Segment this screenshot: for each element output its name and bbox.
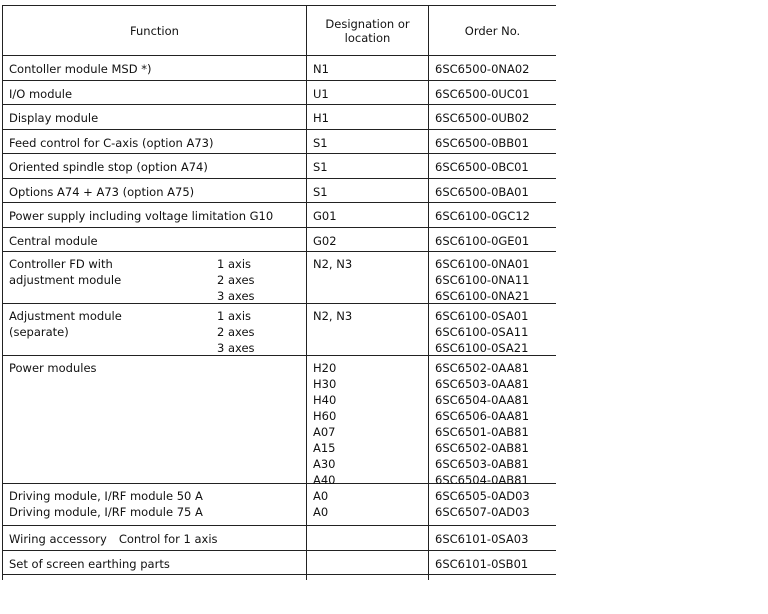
order-no-cell: 6SC6502-0AA81 6SC6503-0AA81 6SC6504-0AA8… xyxy=(428,356,556,483)
function-cell: Wiring accessoryControl for 1 axis xyxy=(2,526,306,550)
designation-cell: G01 xyxy=(306,203,428,227)
header-designation: Designation or location xyxy=(306,6,428,55)
order-no: 6SC6507-0AD03 xyxy=(435,504,550,520)
designation-cell xyxy=(306,526,428,550)
designation-cell: N2, N3 xyxy=(306,252,428,303)
order-no-cell: 6SC6500-0BA01 xyxy=(428,179,556,203)
table-row: Display module H1 6SC6500-0UB02 xyxy=(2,105,556,130)
variant: 2 axes xyxy=(217,324,255,340)
table-row: Contoller module MSD *) N1 6SC6500-0NA02 xyxy=(2,56,556,81)
designation: A0 xyxy=(313,488,422,504)
axis-variants: 1 axis 2 axes 3 axes xyxy=(217,256,255,304)
function-line: adjustment module xyxy=(9,272,300,288)
function-cell: Options A74 + A73 (option A75) xyxy=(2,179,306,203)
variant: 3 axes xyxy=(217,288,255,304)
function-line: Adjustment module xyxy=(9,308,300,324)
designation: A15 xyxy=(313,440,422,456)
table-row: Options A74 + A73 (option A75) S1 6SC650… xyxy=(2,179,556,204)
function-cell: I/O module xyxy=(2,81,306,105)
continuation-cell xyxy=(428,575,556,580)
table-row-driving-modules: Driving module, I/RF module 50 A Driving… xyxy=(2,484,556,526)
designation-cell: H1 xyxy=(306,105,428,129)
function-cell: Oriented spindle stop (option A74) xyxy=(2,154,306,178)
order-no: 6SC6100-0SA01 xyxy=(435,308,550,324)
table-row-controller-fd: Controller FD with adjustment module 1 a… xyxy=(2,252,556,304)
designation-cell: S1 xyxy=(306,179,428,203)
order-no-cell: 6SC6500-0UC01 xyxy=(428,81,556,105)
function-line: Controller FD with xyxy=(9,256,300,272)
designation-cell: S1 xyxy=(306,130,428,154)
order-no-cell: 6SC6100-0SA01 6SC6100-0SA11 6SC6100-0SA2… xyxy=(428,304,556,355)
order-no-cell: 6SC6100-0NA01 6SC6100-0NA11 6SC6100-0NA2… xyxy=(428,252,556,303)
table-row-adjustment-module: Adjustment module (separate) 1 axis 2 ax… xyxy=(2,304,556,356)
designation: A0 xyxy=(313,504,422,520)
function-cell: Adjustment module (separate) 1 axis 2 ax… xyxy=(2,304,306,355)
header-function: Function xyxy=(2,6,306,55)
function-detail: Control for 1 axis xyxy=(119,532,218,546)
designation-cell: G02 xyxy=(306,228,428,252)
order-no-cell: 6SC6505-0AD03 6SC6507-0AD03 xyxy=(428,484,556,525)
table-row: Oriented spindle stop (option A74) S1 6S… xyxy=(2,154,556,179)
order-no: 6SC6503-0AB81 xyxy=(435,456,550,472)
designation-cell: U1 xyxy=(306,81,428,105)
continuation-cell xyxy=(2,575,306,580)
continuation-cell xyxy=(306,575,428,580)
order-no: 6SC6505-0AD03 xyxy=(435,488,550,504)
table-header: Function Designation or location Order N… xyxy=(2,5,556,56)
order-no: 6SC6502-0AA81 xyxy=(435,360,550,376)
function-cell: Contoller module MSD *) xyxy=(2,56,306,80)
designation-cell: S1 xyxy=(306,154,428,178)
function-cell: Driving module, I/RF module 50 A Driving… xyxy=(2,484,306,525)
designation-cell: N2, N3 xyxy=(306,304,428,355)
function-cell: Feed control for C-axis (option A73) xyxy=(2,130,306,154)
order-no-cell: 6SC6100-0GE01 xyxy=(428,228,556,252)
designation: H30 xyxy=(313,376,422,392)
order-no: 6SC6502-0AB81 xyxy=(435,440,550,456)
designation: A30 xyxy=(313,456,422,472)
table-row: Feed control for C-axis (option A73) S1 … xyxy=(2,130,556,155)
table-row-power-modules: Power modules H20 H30 H40 H60 A07 A15 A3… xyxy=(2,356,556,484)
order-no: 6SC6100-0NA11 xyxy=(435,272,550,288)
order-no: 6SC6100-0SA11 xyxy=(435,324,550,340)
order-no: 6SC6100-0NA21 xyxy=(435,288,550,304)
order-no-cell: 6SC6101-0SB01 xyxy=(428,551,556,575)
designation: H60 xyxy=(313,408,422,424)
variant: 1 axis xyxy=(217,308,255,324)
function-text: Wiring accessory xyxy=(9,532,107,546)
function-line: Driving module, I/RF module 75 A xyxy=(9,504,300,520)
function-line: (separate) xyxy=(9,324,300,340)
table-row: Power supply including voltage limitatio… xyxy=(2,203,556,228)
designation: H40 xyxy=(313,392,422,408)
table-row-wiring-accessory: Wiring accessoryControl for 1 axis 6SC61… xyxy=(2,526,556,551)
order-no: 6SC6100-0NA01 xyxy=(435,256,550,272)
designation: A07 xyxy=(313,424,422,440)
order-no: 6SC6504-0AA81 xyxy=(435,392,550,408)
header-order-no: Order No. xyxy=(428,6,556,55)
table-continuation xyxy=(2,575,556,580)
designation-cell: A0 A0 xyxy=(306,484,428,525)
variant: 3 axes xyxy=(217,340,255,356)
designation-cell: H20 H30 H40 H60 A07 A15 A30 A40 xyxy=(306,356,428,483)
designation-cell xyxy=(306,551,428,575)
axis-variants: 1 axis 2 axes 3 axes xyxy=(217,308,255,356)
table-row: Central module G02 6SC6100-0GE01 xyxy=(2,228,556,253)
variant: 1 axis xyxy=(217,256,255,272)
designation: H20 xyxy=(313,360,422,376)
parts-table: Function Designation or location Order N… xyxy=(2,5,556,580)
order-no-cell: 6SC6500-0BC01 xyxy=(428,154,556,178)
order-no-cell: 6SC6100-0GC12 xyxy=(428,203,556,227)
order-no: 6SC6503-0AA81 xyxy=(435,376,550,392)
variant: 2 axes xyxy=(217,272,255,288)
order-no: 6SC6506-0AA81 xyxy=(435,408,550,424)
function-cell: Set of screen earthing parts xyxy=(2,551,306,575)
order-no-cell: 6SC6500-0BB01 xyxy=(428,130,556,154)
function-cell: Central module xyxy=(2,228,306,252)
function-cell: Power supply including voltage limitatio… xyxy=(2,203,306,227)
function-cell: Display module xyxy=(2,105,306,129)
order-no-cell: 6SC6101-0SA03 xyxy=(428,526,556,550)
function-line: Driving module, I/RF module 50 A xyxy=(9,488,300,504)
designation-cell: N1 xyxy=(306,56,428,80)
order-no-cell: 6SC6500-0UB02 xyxy=(428,105,556,129)
table-row: I/O module U1 6SC6500-0UC01 xyxy=(2,81,556,106)
order-no: 6SC6100-0SA21 xyxy=(435,340,550,356)
table-row-screen-earthing: Set of screen earthing parts 6SC6101-0SB… xyxy=(2,551,556,576)
function-cell: Controller FD with adjustment module 1 a… xyxy=(2,252,306,303)
function-cell: Power modules xyxy=(2,356,306,483)
order-no: 6SC6501-0AB81 xyxy=(435,424,550,440)
order-no-cell: 6SC6500-0NA02 xyxy=(428,56,556,80)
